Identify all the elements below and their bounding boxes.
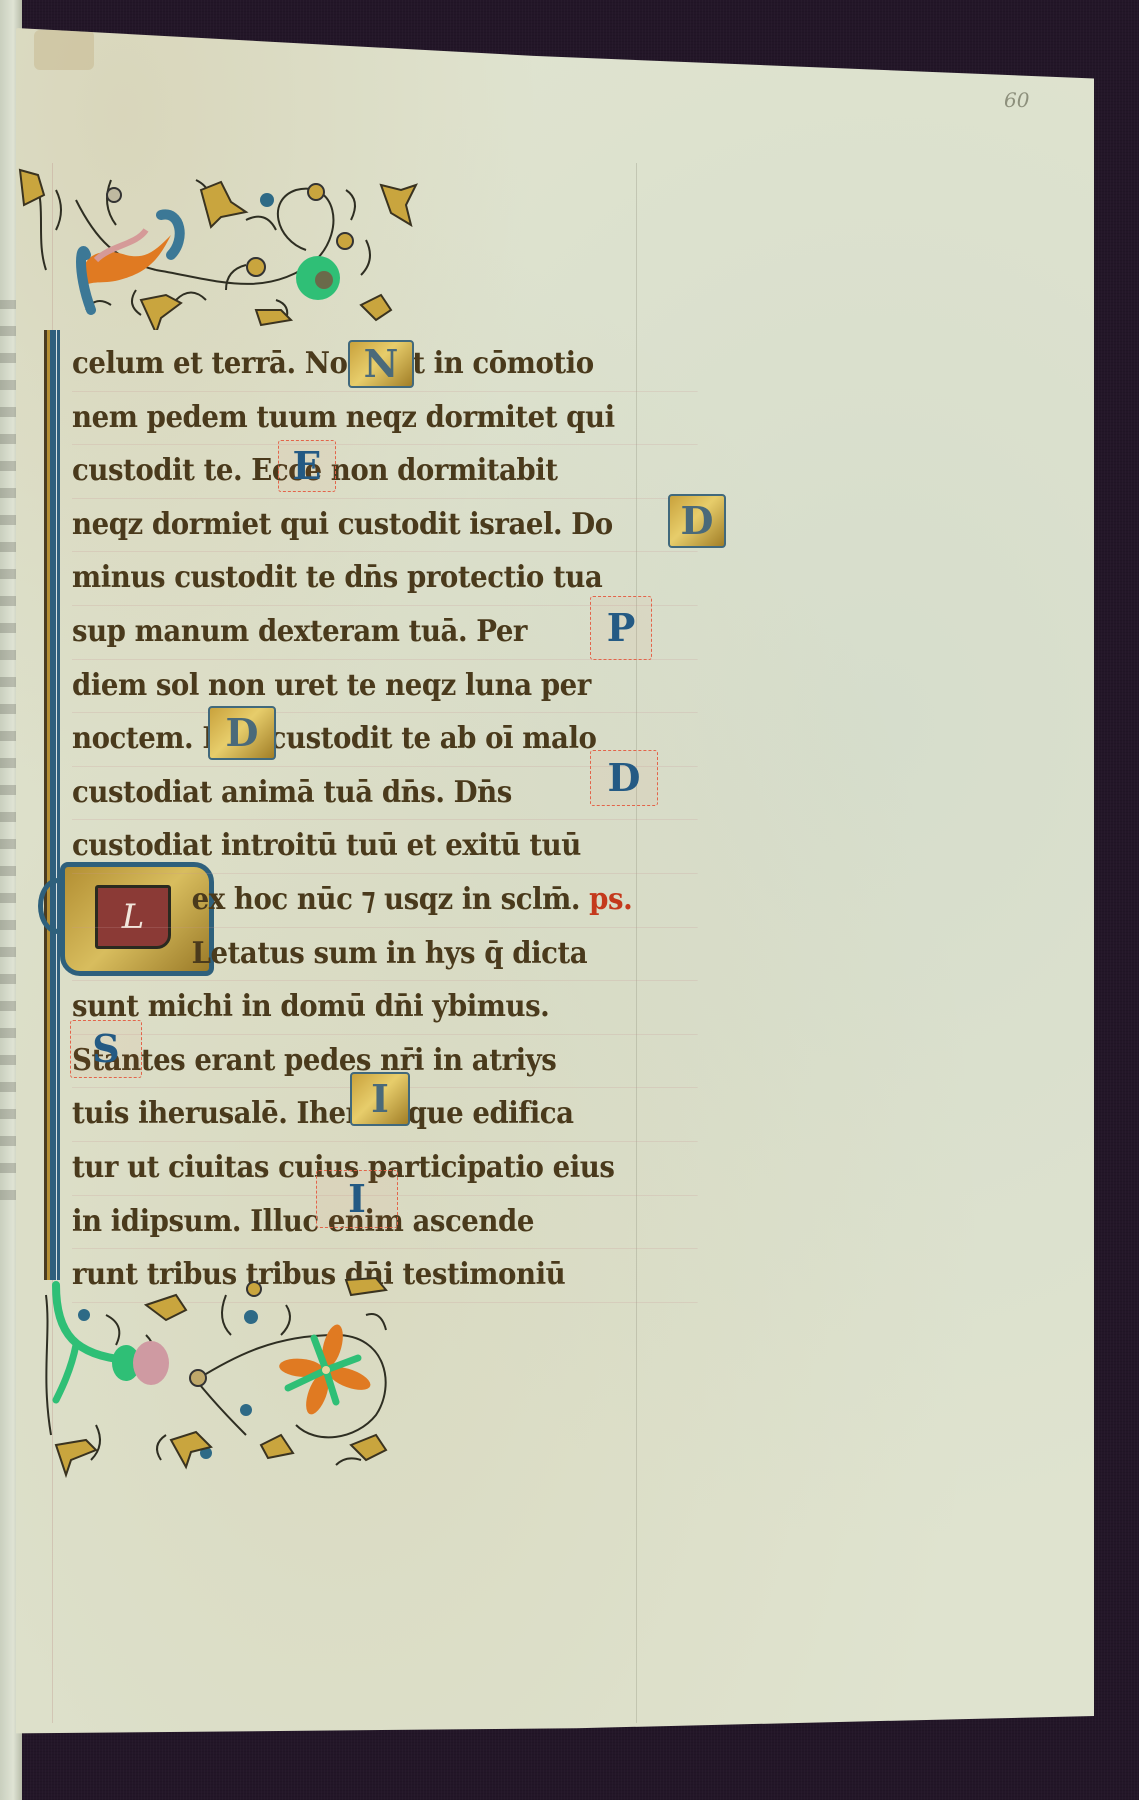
- initial-D: D: [590, 750, 658, 806]
- text-line: nem pedem tuum neqz dormitet qui: [72, 392, 698, 446]
- text-line: ex hoc nūc ⁊ usqz in sclm̄. ps.: [72, 874, 698, 928]
- rubric-psalm-marker: ps.: [589, 882, 632, 917]
- text-line: Letatus sum in hys q̄ dicta: [72, 928, 698, 982]
- initial-E: E: [278, 440, 336, 492]
- initial-I: I: [350, 1072, 410, 1126]
- initial-letter: S: [92, 1030, 119, 1068]
- folio-number: 60: [1004, 88, 1029, 112]
- initial-S: S: [70, 1020, 142, 1078]
- illuminated-border-bar: [44, 330, 60, 1280]
- text-block: celum et terrā. Non det in cōmotio nem p…: [72, 338, 752, 1303]
- text-line: diem sol non uret te neqz luna per: [72, 660, 698, 714]
- initial-letter: D: [681, 502, 714, 540]
- initial-I: I: [316, 1170, 398, 1228]
- bottom-border-decoration: [36, 1275, 416, 1485]
- initial-letter: I: [348, 1180, 366, 1218]
- parchment-stain: [34, 30, 94, 70]
- initial-letter: I: [371, 1080, 389, 1118]
- initial-letter: D: [608, 759, 641, 797]
- text-line: custodit te. Ecce non dormitabit: [72, 445, 698, 499]
- initial-letter: D: [226, 714, 259, 752]
- initial-letter: N: [364, 345, 399, 383]
- top-border-decoration: [16, 160, 436, 330]
- text-line: custodiat introitū tuū et exitū tuū: [72, 820, 698, 874]
- text-line: sunt michi in domū dn̄i ybimus.: [72, 981, 698, 1035]
- initial-N: N: [348, 340, 414, 388]
- initial-letter: P: [607, 609, 636, 647]
- initial-D: D: [668, 494, 726, 548]
- text-line: neqz dormiet qui custodit israel. Do: [72, 499, 698, 553]
- initial-D: D: [208, 706, 276, 760]
- initial-letter: E: [293, 447, 322, 485]
- initial-P: P: [590, 596, 652, 660]
